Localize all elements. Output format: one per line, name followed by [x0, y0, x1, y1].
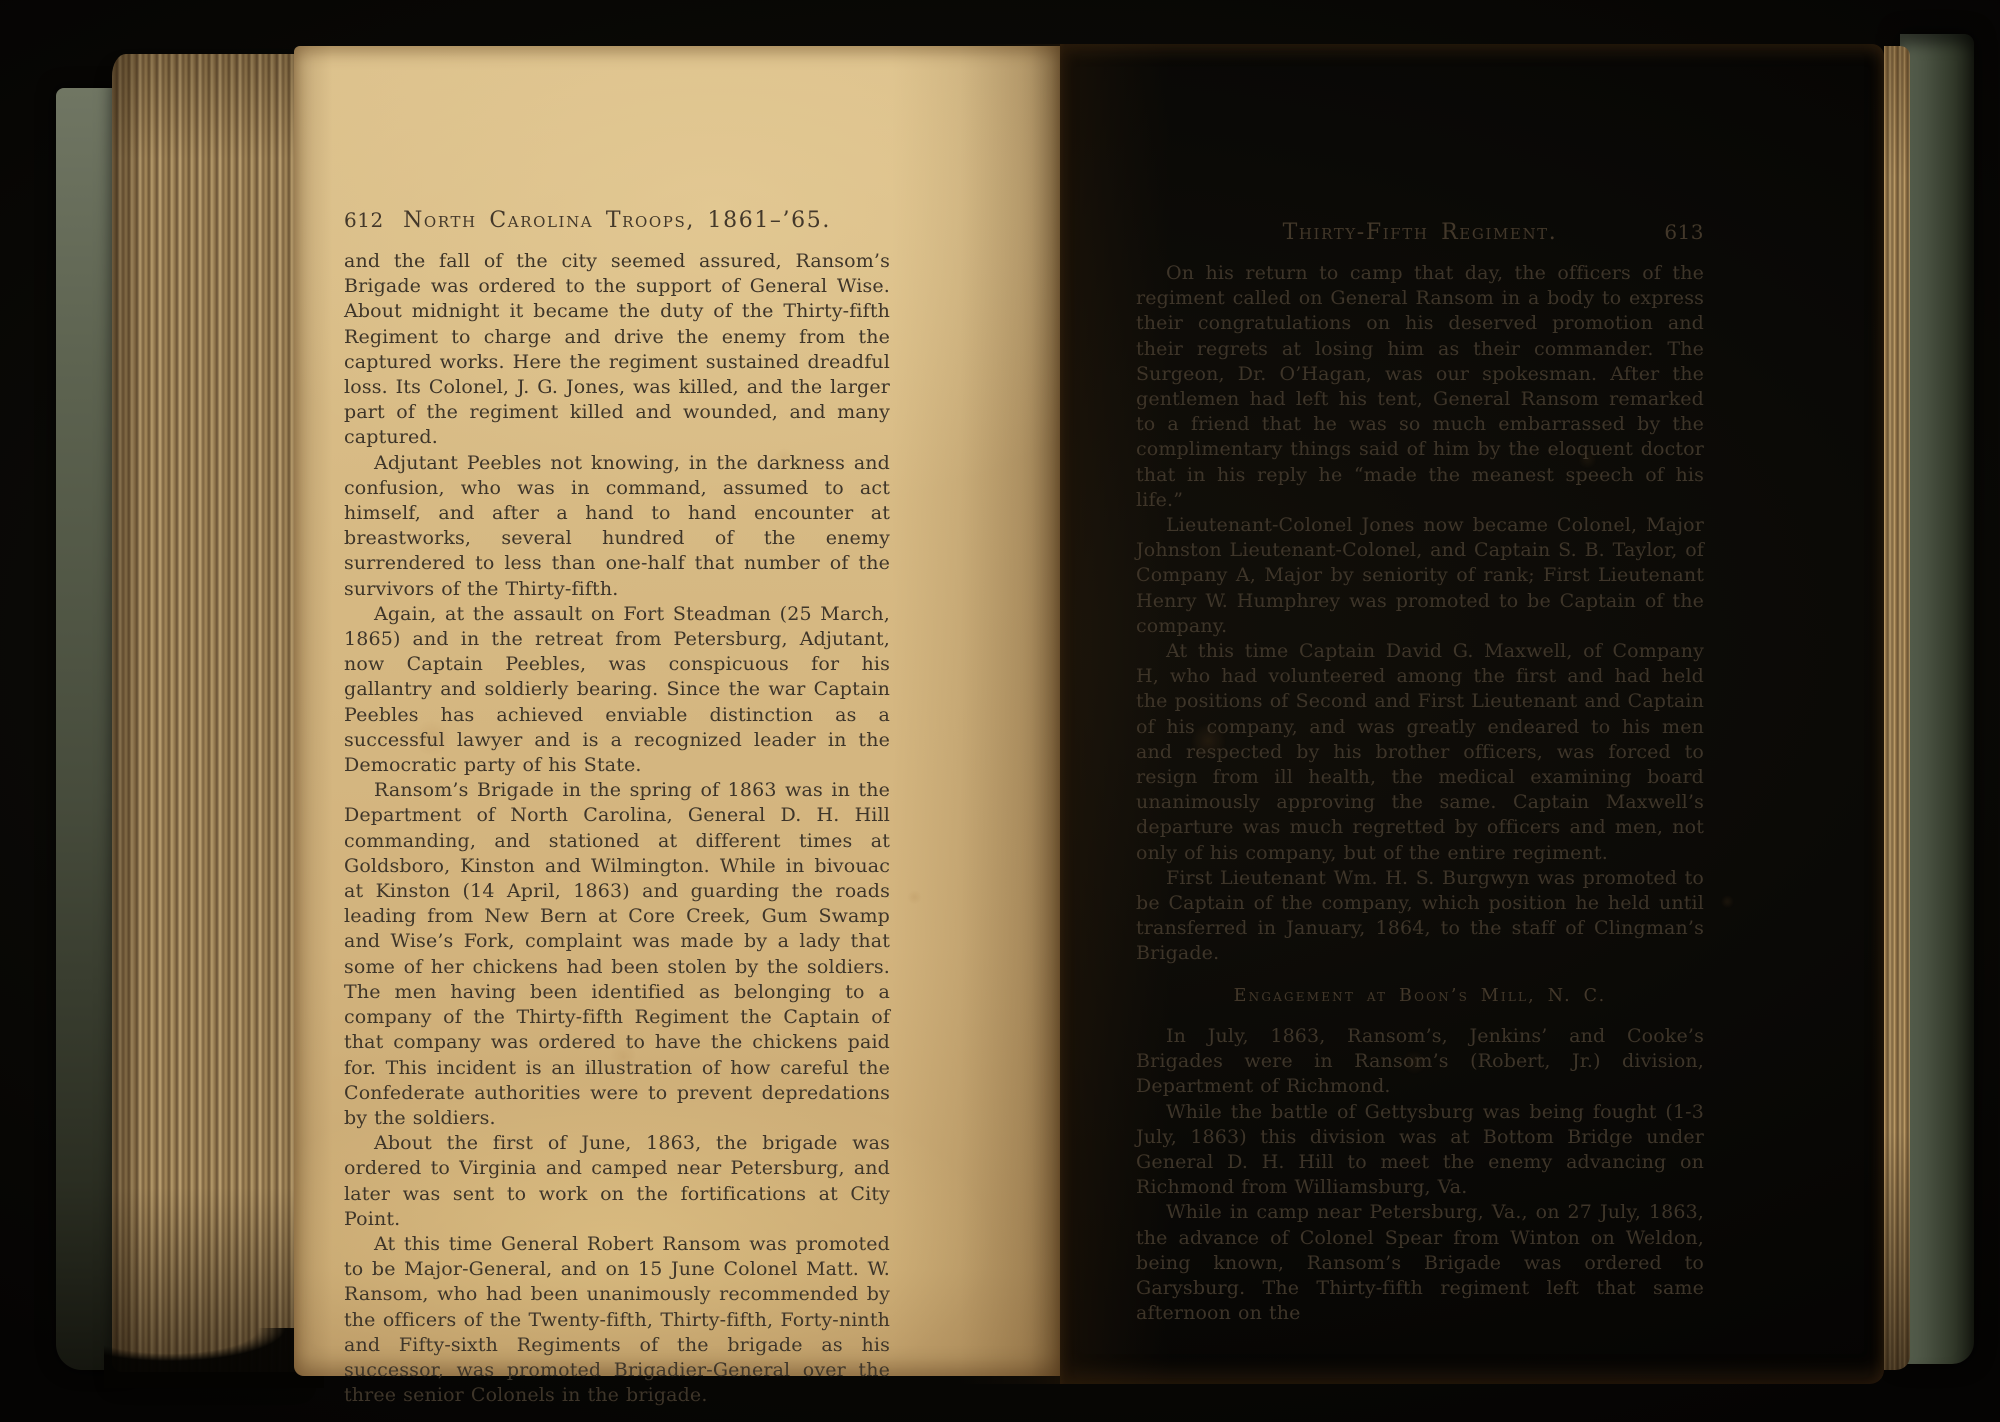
paragraph: Lieutenant-Colonel Jones now became Colo… — [1136, 513, 1704, 639]
paragraph: and the fall of the city seemed assured,… — [344, 249, 890, 451]
right-page-header: Thirty-Fifth Regiment. 613 — [1136, 220, 1704, 245]
paragraph: About the first of June, 1863, the briga… — [344, 1131, 890, 1232]
paragraph: In July, 1863, Ransom’s, Jenkins’ and Co… — [1136, 1024, 1704, 1100]
right-page: Thirty-Fifth Regiment. 613 On his return… — [1060, 44, 1884, 1384]
paragraph: On his return to camp that day, the offi… — [1136, 261, 1704, 513]
left-page-header: 612 North Carolina Troops, 1861–’65. — [344, 208, 890, 233]
paragraph: At this time General Robert Ransom was p… — [344, 1232, 890, 1408]
paragraph: Again, at the assault on Fort Steadman (… — [344, 602, 890, 778]
paragraph: At this time Captain David G. Maxwell, o… — [1136, 639, 1704, 866]
left-page-body: and the fall of the city seemed assured,… — [344, 249, 890, 1408]
right-page-body: On his return to camp that day, the offi… — [1136, 261, 1704, 1326]
paragraph: Adjutant Peebles not knowing, in the dar… — [344, 451, 890, 602]
left-page-content: 612 North Carolina Troops, 1861–’65. and… — [294, 46, 1060, 1408]
paragraph: Ransom’s Brigade in the spring of 1863 w… — [344, 778, 890, 1131]
paragraph: While the battle of Gettysburg was being… — [1136, 1100, 1704, 1201]
right-running-head: Thirty-Fifth Regiment. — [1283, 220, 1558, 245]
left-page: 612 North Carolina Troops, 1861–’65. and… — [294, 46, 1060, 1376]
left-page-number: 612 — [344, 208, 384, 232]
paragraph: First Lieutenant Wm. H. S. Burgwyn was p… — [1136, 866, 1704, 967]
right-page-edge-stack — [1884, 46, 1910, 1370]
photo-background: 612 North Carolina Troops, 1861–’65. and… — [0, 0, 2000, 1422]
right-page-content: Thirty-Fifth Regiment. 613 On his return… — [1060, 44, 1884, 1326]
book-cover-right-edge — [1900, 34, 1974, 1364]
paragraph: While in camp near Petersburg, Va., on 2… — [1136, 1200, 1704, 1326]
section-heading: Engagement at Boon’s Mill, N. C. — [1136, 984, 1704, 1009]
right-page-number: 613 — [1664, 220, 1704, 244]
left-running-head: North Carolina Troops, 1861–’65. — [403, 208, 831, 233]
left-page-edge-stack — [112, 54, 298, 1372]
